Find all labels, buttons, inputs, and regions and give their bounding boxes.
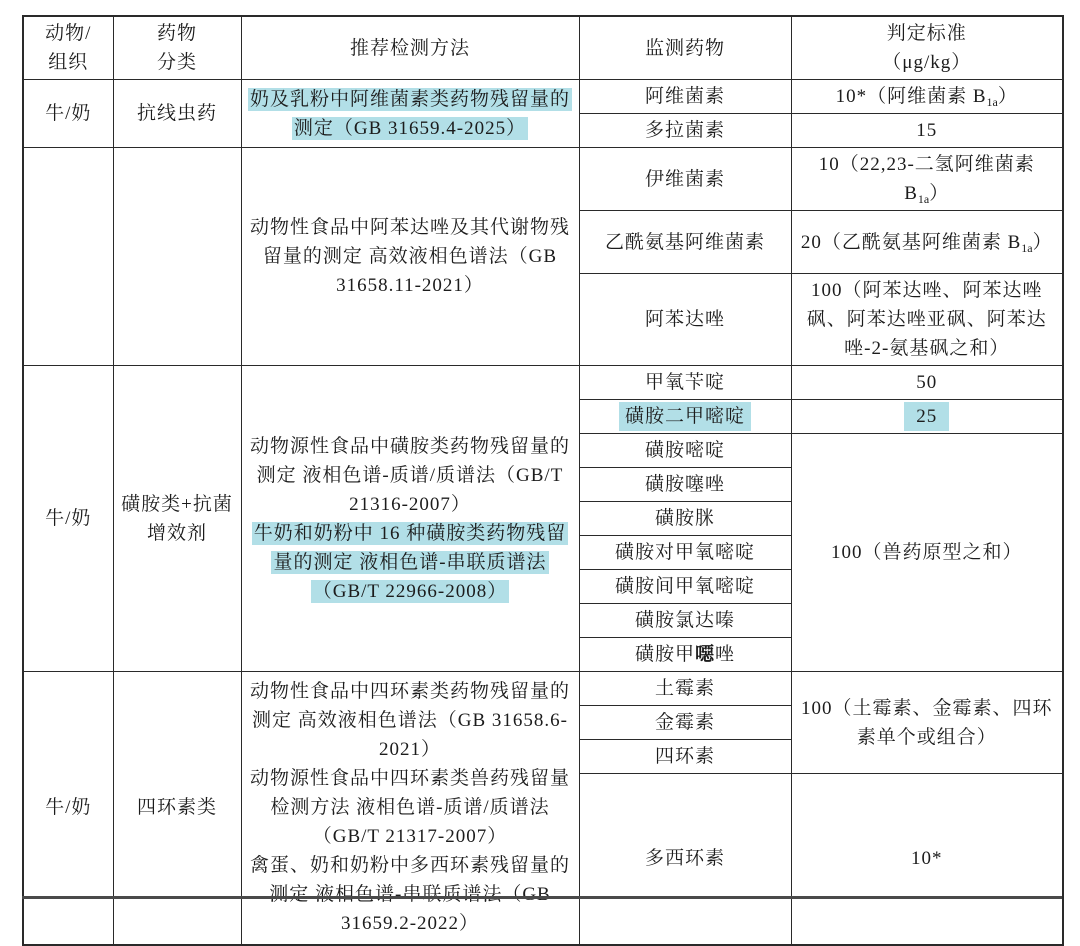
cell-method-tetracyclines: 动物性食品中四环素类药物残留量的测定 高效液相色谱法（GB 31658.6-20… <box>241 672 579 945</box>
cell-animal-tetracyclines: 牛/奶 <box>23 672 113 945</box>
cell-animal-empty <box>23 148 113 366</box>
cell-drug-sulfamethoxazole: 磺胺甲噁唑 <box>579 638 791 672</box>
cell-drug-chlortetracycline: 金霉素 <box>579 706 791 740</box>
cell-drug-sulfadimidine: 磺胺二甲嘧啶 <box>579 400 791 434</box>
cell-class-sulfonamides: 磺胺类+抗菌增效剂 <box>113 366 241 672</box>
table-row: 动物性食品中阿苯达唑及其代谢物残留量的测定 高效液相色谱法（GB 31658.1… <box>23 148 1063 211</box>
cell-drug-sulfamethoxydiazine: 磺胺对甲氧嘧啶 <box>579 536 791 570</box>
cell-value-doxycycline: 10* <box>791 774 1063 945</box>
header-animal-tissue: 动物/ 组织 <box>23 16 113 80</box>
cell-method-albendazole: 动物性食品中阿苯达唑及其代谢物残留量的测定 高效液相色谱法（GB 31658.1… <box>241 148 579 366</box>
cell-drug-sulfaguanidine: 磺胺脒 <box>579 502 791 536</box>
header-standard: 判定标准 （μg/kg） <box>791 16 1063 80</box>
cell-value-ivermectin: 10（22,23-二氢阿维菌素 B1a） <box>791 148 1063 211</box>
cell-animal-sulfonamides: 牛/奶 <box>23 366 113 672</box>
cell-drug-doramectin: 多拉菌素 <box>579 114 791 148</box>
cell-value-doramectin: 15 <box>791 114 1063 148</box>
table-row: 牛/奶 抗线虫药 奶及乳粉中阿维菌素类药物残留量的测定（GB 31659.4-2… <box>23 80 1063 114</box>
cell-drug-eprinomectin: 乙酰氨基阿维菌素 <box>579 211 791 274</box>
header-method: 推荐检测方法 <box>241 16 579 80</box>
cell-method-avermectins: 奶及乳粉中阿维菌素类药物残留量的测定（GB 31659.4-2025） <box>241 80 579 148</box>
cell-drug-doxycycline: 多西环素 <box>579 774 791 945</box>
cell-drug-ivermectin: 伊维菌素 <box>579 148 791 211</box>
cell-class-anthelmintic: 抗线虫药 <box>113 80 241 148</box>
cell-value-tetracycline-group: 100（土霉素、金霉素、四环素单个或组合） <box>791 672 1063 774</box>
header-monitored-drug: 监测药物 <box>579 16 791 80</box>
cell-drug-avermectin: 阿维菌素 <box>579 80 791 114</box>
cell-drug-sulfathiazole: 磺胺噻唑 <box>579 468 791 502</box>
cell-class-empty <box>113 148 241 366</box>
cell-class-tetracyclines: 四环素类 <box>113 672 241 945</box>
cell-value-avermectin: 10*（阿维菌素 B1a） <box>791 80 1063 114</box>
cell-value-albendazole: 100（阿苯达唑、阿苯达唑砜、阿苯达唑亚砜、阿苯达唑-2-氨基砜之和） <box>791 274 1063 366</box>
cell-value-eprinomectin: 20（乙酰氨基阿维菌素 B1a） <box>791 211 1063 274</box>
table-row: 牛/奶 四环素类 动物性食品中四环素类药物残留量的测定 高效液相色谱法（GB 3… <box>23 672 1063 706</box>
cell-value-sulfadimidine: 25 <box>791 400 1063 434</box>
residue-standards-table: 动物/ 组织 药物 分类 推荐检测方法 监测药物 判定标准 （μg/kg） 牛/… <box>22 15 1064 946</box>
table-row: 牛/奶 磺胺类+抗菌增效剂 动物源性食品中磺胺类药物残留量的测定 液相色谱-质谱… <box>23 366 1063 400</box>
cell-drug-albendazole: 阿苯达唑 <box>579 274 791 366</box>
header-drug-class: 药物 分类 <box>113 16 241 80</box>
cell-method-sulfonamides: 动物源性食品中磺胺类药物残留量的测定 液相色谱-质谱/质谱法（GB/T 2131… <box>241 366 579 672</box>
cell-drug-sulfadiazine: 磺胺嘧啶 <box>579 434 791 468</box>
cell-value-trimethoprim: 50 <box>791 366 1063 400</box>
header-row: 动物/ 组织 药物 分类 推荐检测方法 监测药物 判定标准 （μg/kg） <box>23 16 1063 80</box>
cell-drug-trimethoprim: 甲氧苄啶 <box>579 366 791 400</box>
cell-animal-anthelmintic: 牛/奶 <box>23 80 113 148</box>
cell-drug-oxytetracycline: 土霉素 <box>579 672 791 706</box>
cell-drug-sulfachloropyridazine: 磺胺氯达嗪 <box>579 604 791 638</box>
next-row-top-edge <box>22 896 1062 899</box>
cell-drug-tetracycline: 四环素 <box>579 740 791 774</box>
cell-drug-sulfamonomethoxine: 磺胺间甲氧嘧啶 <box>579 570 791 604</box>
cell-value-sulfa-group: 100（兽药原型之和） <box>791 434 1063 672</box>
